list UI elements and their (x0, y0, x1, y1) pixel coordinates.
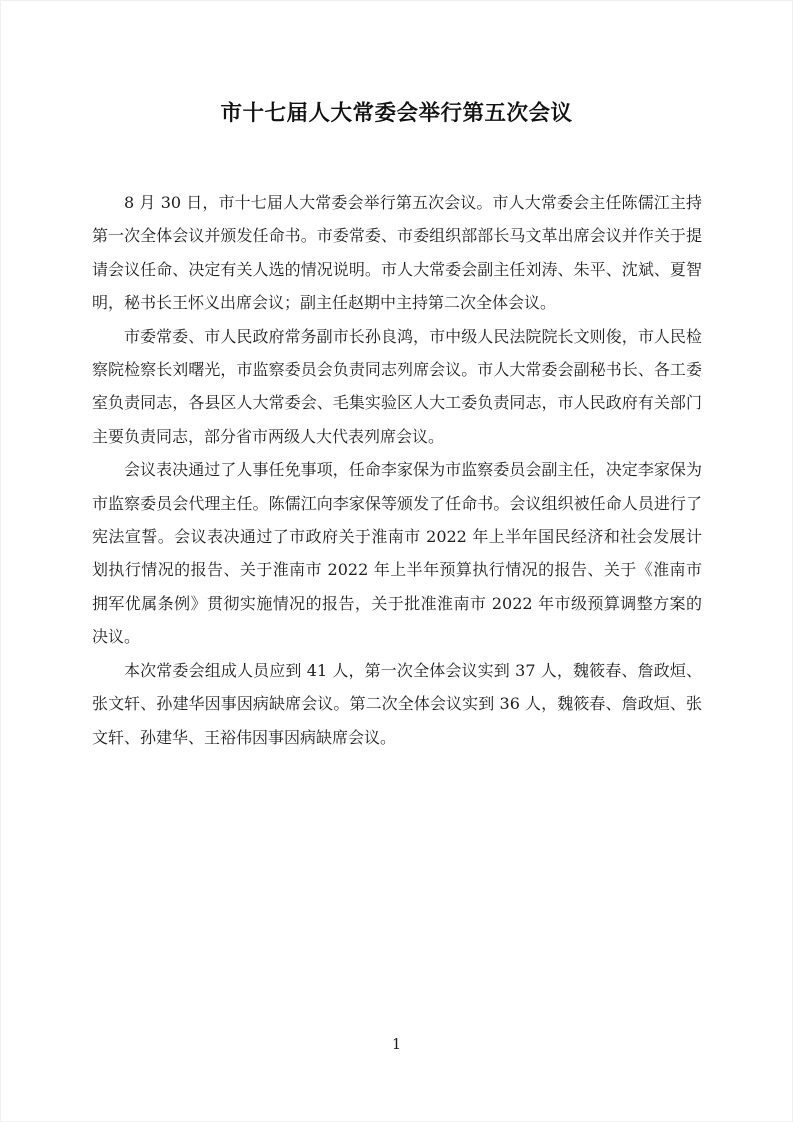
paragraph-3: 会议表决通过了人事任免事项，任命李家保为市监察委员会副主任，决定李家保为市监察委… (92, 453, 702, 653)
document-title: 市十七届人大常委会举行第五次会议 (1, 1, 792, 127)
paragraph-1: 8 月 30 日，市十七届人大常委会举行第五次会议。市人大常委会主任陈儒江主持第… (92, 186, 702, 320)
paragraph-2: 市委常委、市人民政府常务副市长孙良鸿，市中级人民法院院长文则俊，市人民检察院检察… (92, 320, 702, 454)
document-body: 8 月 30 日，市十七届人大常委会举行第五次会议。市人大常委会主任陈儒江主持第… (92, 186, 702, 754)
document-page: 市十七届人大常委会举行第五次会议 8 月 30 日，市十七届人大常委会举行第五次… (0, 0, 793, 1122)
page-number: 1 (1, 1037, 792, 1053)
paragraph-4: 本次常委会组成人员应到 41 人，第一次全体会议实到 37 人，魏筱春、詹政烜、… (92, 654, 702, 754)
